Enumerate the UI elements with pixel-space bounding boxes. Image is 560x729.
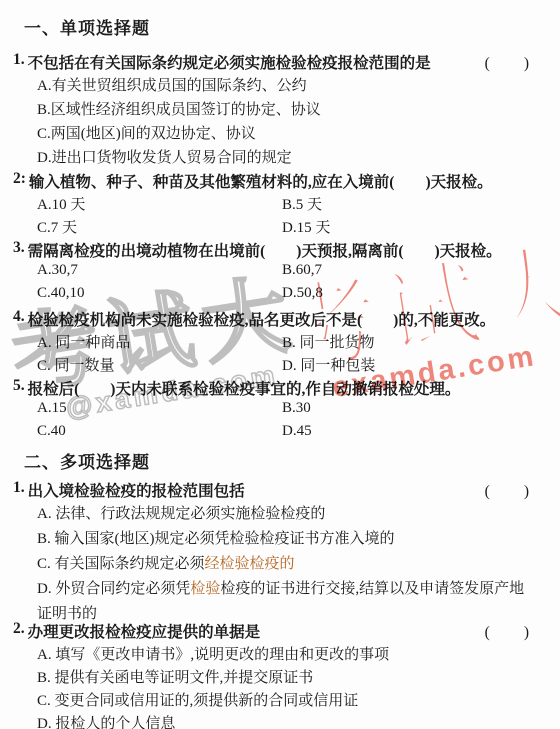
option-text-highlight: 经检验检疫的 bbox=[205, 556, 295, 572]
option-continuation: 证明书的 bbox=[37, 602, 534, 620]
option-item: B.30 bbox=[282, 400, 534, 423]
option-grid-s1q4: A. 同一种商品 B. 同一批货物 C. 同一数量 D. 同一种包装 bbox=[37, 331, 534, 377]
option-item: B.区域性经济组织成员国签订的协定、协议 bbox=[37, 98, 534, 122]
option-list-s1q1: A.有关世贸组织成员国的国际条约、公约 B.区域性经济组织成员国签订的协定、协议… bbox=[37, 74, 534, 170]
section-title-single-choice: 一、单项选择题 bbox=[13, 14, 534, 37]
question-line-s2q1: 1. 出入境检验检疫的报检范围包括 ( ) bbox=[13, 479, 534, 502]
exam-content: 一、单项选择题 1. 不包括在有关国际条约规定必须实施检验检疫报检范围的是 ( … bbox=[0, 0, 560, 729]
question-number: 4. bbox=[13, 308, 25, 326]
exam-page: 考试大 @xamda.com 考试大 examda.com 一、单项选择题 1.… bbox=[0, 0, 560, 729]
option-item: A.10 天 bbox=[37, 193, 282, 216]
option-item: B. 提供有关函电等证明文件,并提交原证书 bbox=[37, 666, 534, 689]
option-item: A. 法律、行政法规规定必须实施检验检疫的 bbox=[37, 502, 534, 527]
option-item: C. 有关国际条约规定必须经检验检疫的 bbox=[37, 552, 534, 577]
option-item: B.60,7 bbox=[282, 262, 534, 285]
question-line-s1q3: 3. 需隔离检疫的出境动植物在出境前( )天预报,隔离前( )天报检。 bbox=[13, 239, 534, 262]
option-grid-s1q2: A.10 天 B.5 天 C.7 天 D.15 天 bbox=[37, 193, 534, 239]
question-text: 输入植物、种子、种苗及其他繁殖材料的,应在入境前( )天报检。 bbox=[29, 170, 534, 192]
option-item: D. 同一种包装 bbox=[282, 354, 534, 377]
question-text: 办理更改报检检疫应提供的单据是 bbox=[28, 620, 485, 642]
question-line-s1q2: 2: 输入植物、种子、种苗及其他繁殖材料的,应在入境前( )天报检。 bbox=[13, 170, 534, 193]
answer-blank: ( ) bbox=[485, 479, 530, 501]
section-title-multi-choice: 二、多项选择题 bbox=[13, 448, 534, 471]
option-item: B.5 天 bbox=[282, 193, 534, 216]
question-line-s2q2: 2. 办理更改报检检疫应提供的单据是 ( ) bbox=[13, 620, 534, 643]
option-item: B. 输入国家(地区)规定必须凭检验检疫证书方准入境的 bbox=[37, 527, 534, 552]
question-number: 5. bbox=[13, 377, 25, 395]
question-text: 检验检疫机构尚未实施检验检疫,品名更改后不是( )的,不能更改。 bbox=[28, 308, 534, 330]
question-text: 需隔离检疫的出境动植物在出境前( )天预报,隔离前( )天报检。 bbox=[28, 239, 534, 261]
option-item: A.15 bbox=[37, 400, 282, 423]
option-item: D.进出口货物收发货人贸易合同的规定 bbox=[37, 146, 534, 170]
option-item: A. 填写《更改申请书》,说明更改的理由和更改的事项 bbox=[37, 643, 534, 666]
option-text: D. 外贸合同约定必须凭 bbox=[37, 581, 190, 597]
option-item: C. 变更合同或信用证的,须提供新的合同或信用证 bbox=[37, 689, 534, 712]
option-list-s2q1: A. 法律、行政法规规定必须实施检验检疫的 B. 输入国家(地区)规定必须凭检验… bbox=[37, 502, 534, 620]
option-item: C.40 bbox=[37, 423, 282, 446]
question-number: 3. bbox=[13, 239, 25, 257]
option-item: C.40,10 bbox=[37, 285, 282, 308]
option-item: B. 同一批货物 bbox=[282, 331, 534, 354]
option-item: D.45 bbox=[282, 423, 534, 446]
option-item: A.30,7 bbox=[37, 262, 282, 285]
question-number: 2: bbox=[13, 170, 26, 188]
option-text: A. 法律、行政法规规定必须实施检验检疫的 bbox=[37, 506, 325, 522]
option-text-highlight: 检验 bbox=[190, 581, 220, 597]
option-grid-s1q3: A.30,7 B.60,7 C.40,10 D.50,8 bbox=[37, 262, 534, 308]
option-item: C.两国(地区)间的双边协定、协议 bbox=[37, 122, 534, 146]
option-item: A.有关世贸组织成员国的国际条约、公约 bbox=[37, 74, 534, 98]
option-text: C. 有关国际条约规定必须 bbox=[37, 556, 205, 572]
option-text: 检疫的证书进行交接,结算以及申请签发原产地 bbox=[220, 581, 524, 597]
option-text: B. 输入国家(地区)规定必须凭检验检疫证书方准入境的 bbox=[37, 531, 395, 547]
question-text: 不包括在有关国际条约规定必须实施检验检疫报检范围的是 bbox=[28, 51, 485, 73]
answer-blank: ( ) bbox=[485, 51, 530, 73]
question-number: 1. bbox=[13, 51, 25, 69]
question-line-s1q5: 5. 报检后( )天内未联系检验检疫事宜的,作自动撤销报检处理。 bbox=[13, 377, 534, 400]
option-item: C. 同一数量 bbox=[37, 354, 282, 377]
question-text: 出入境检验检疫的报检范围包括 bbox=[28, 479, 485, 501]
option-item: D.50,8 bbox=[282, 285, 534, 308]
question-line-s1q4: 4. 检验检疫机构尚未实施检验检疫,品名更改后不是( )的,不能更改。 bbox=[13, 308, 534, 331]
question-number: 1. bbox=[13, 479, 25, 497]
answer-blank: ( ) bbox=[485, 620, 530, 642]
option-item: D. 外贸合同约定必须凭检验检疫的证书进行交接,结算以及申请签发原产地 bbox=[37, 577, 534, 602]
option-item: D. 报检人的个人信息 bbox=[37, 712, 534, 729]
option-grid-s1q5: A.15 B.30 C.40 D.45 bbox=[37, 400, 534, 446]
option-list-s2q2: A. 填写《更改申请书》,说明更改的理由和更改的事项 B. 提供有关函电等证明文… bbox=[37, 643, 534, 729]
option-item: A. 同一种商品 bbox=[37, 331, 282, 354]
question-number: 2. bbox=[13, 620, 25, 638]
question-text: 报检后( )天内未联系检验检疫事宜的,作自动撤销报检处理。 bbox=[28, 377, 534, 399]
option-item: D.15 天 bbox=[282, 216, 534, 239]
option-item: C.7 天 bbox=[37, 216, 282, 239]
question-line-s1q1: 1. 不包括在有关国际条约规定必须实施检验检疫报检范围的是 ( ) bbox=[13, 51, 534, 74]
